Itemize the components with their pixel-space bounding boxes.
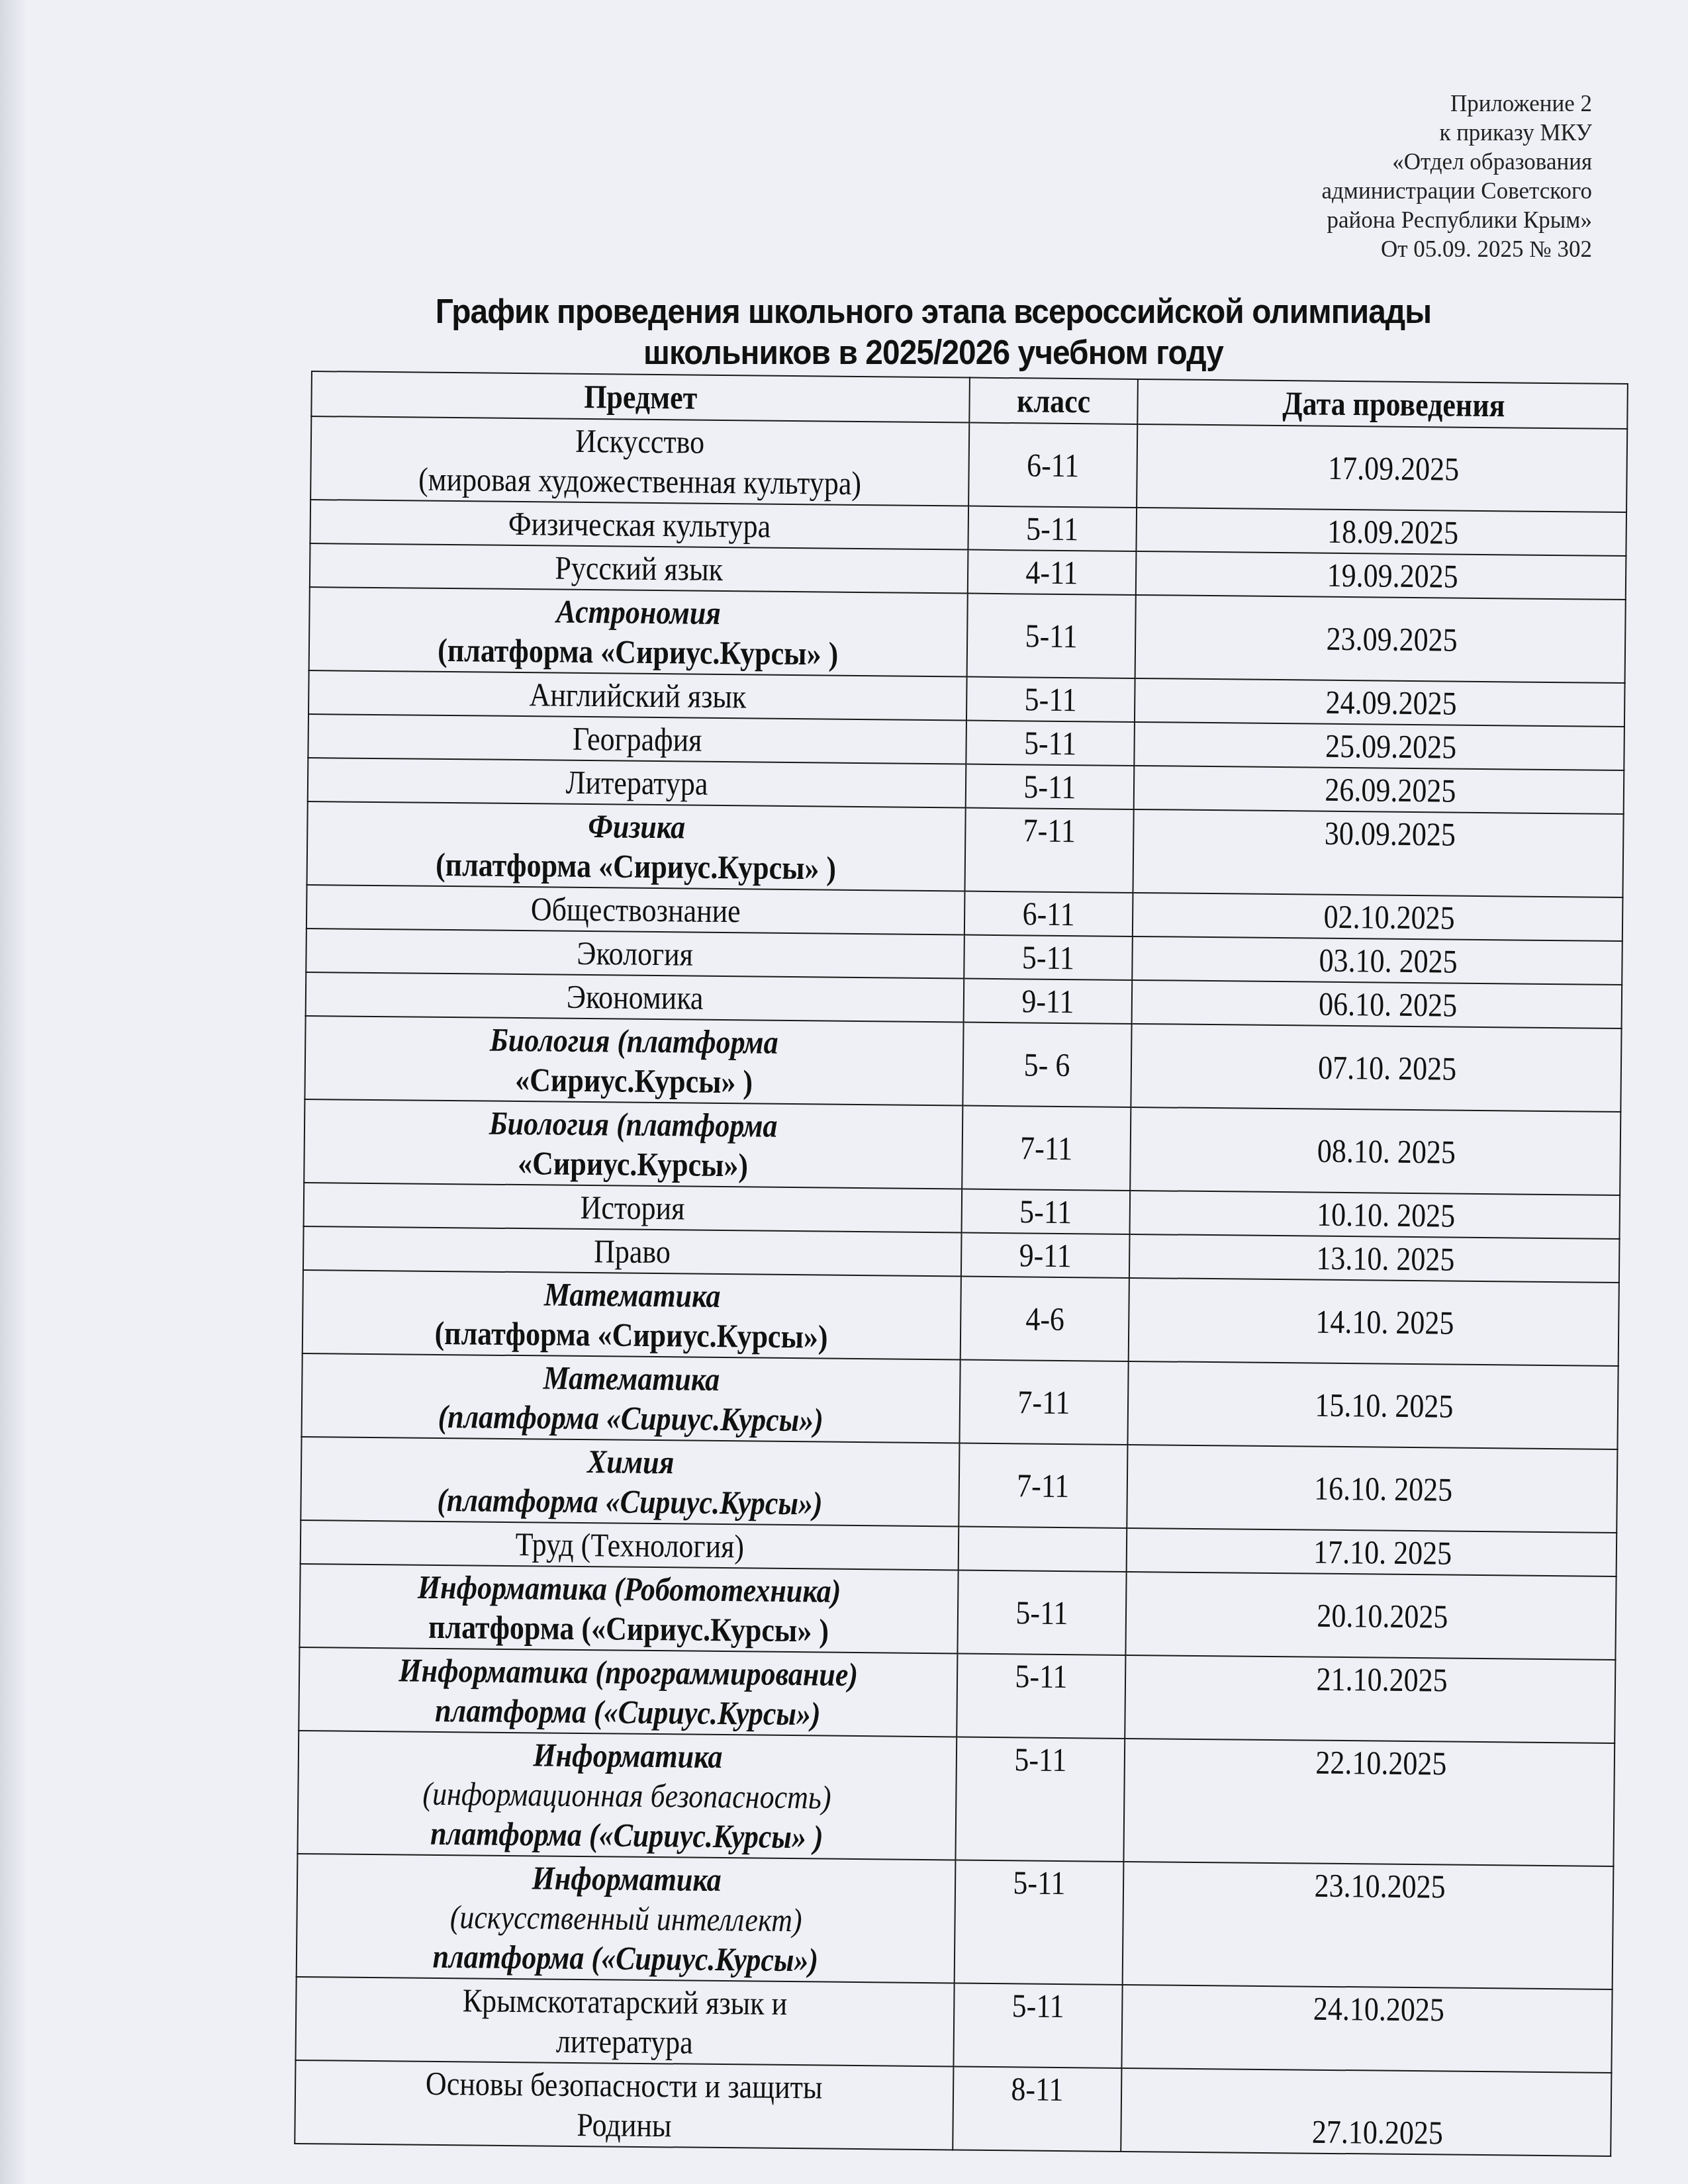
- subject-line: География: [573, 719, 702, 760]
- subject-cell: Физическая культура: [310, 500, 968, 550]
- subject-line: литература: [556, 2021, 693, 2062]
- date-cell: 15.10. 2025: [1127, 1361, 1618, 1449]
- subject-line: Биология (платформа: [489, 1103, 778, 1146]
- subject-cell: История: [304, 1183, 962, 1233]
- date-cell: 10.10. 2025: [1130, 1191, 1620, 1239]
- grade-cell: 9-11: [961, 1232, 1130, 1277]
- subject-cell: Крымскотатарский язык илитература: [295, 1977, 954, 2067]
- grade-value: 5-11: [1026, 508, 1079, 549]
- subject-line: Физика: [588, 806, 685, 846]
- grade-value: 8-11: [1011, 2069, 1064, 2109]
- date-cell: 17.10. 2025: [1127, 1528, 1617, 1576]
- grade-value: 7-11: [1020, 1128, 1073, 1168]
- grade-cell: 5-11: [966, 764, 1135, 809]
- subject-cell: Обществознание: [306, 885, 965, 935]
- date-cell: 23.10.2025: [1123, 1862, 1614, 1989]
- table-body: Искусство(мировая художественная культур…: [295, 416, 1627, 2156]
- subject-line: (мировая художественная культура): [418, 459, 862, 503]
- date-value: 20.10.2025: [1317, 1596, 1448, 1637]
- date-value: 19.09.2025: [1327, 555, 1458, 596]
- date-cell: 20.10.2025: [1125, 1572, 1616, 1660]
- subject-cell: Физика(платформа «Сириус.Курсы» ): [307, 801, 966, 891]
- grade-cell: 5-11: [955, 1860, 1124, 1984]
- subject-line: (искусственный интеллект): [449, 1897, 802, 1940]
- subject-line: Экономика: [566, 977, 703, 1018]
- date-cell: 23.09.2025: [1135, 595, 1626, 683]
- appendix-order-number: От 05.09. 2025 № 302: [1321, 235, 1592, 264]
- table-row: Информатика (программирование)платформа …: [299, 1647, 1615, 1743]
- date-cell: 13.10. 2025: [1129, 1234, 1620, 1283]
- grade-cell: 8-11: [953, 2066, 1121, 2151]
- subject-cell: Литература: [308, 758, 966, 808]
- grade-cell: 5-11: [967, 594, 1136, 678]
- grade-value: 7-11: [1023, 810, 1076, 850]
- grade-value: 5-11: [1015, 1592, 1068, 1633]
- date-cell: 27.10.2025: [1121, 2068, 1611, 2156]
- appendix-line: «Отдел образования: [1321, 148, 1592, 177]
- appendix-line: к приказу МКУ: [1321, 118, 1592, 148]
- date-value: 07.10. 2025: [1318, 1048, 1457, 1089]
- table-row: Биология (платформа«Сириус.Курсы» )5- 60…: [305, 1016, 1621, 1112]
- grade-value: 5-11: [1025, 615, 1078, 656]
- date-cell: 25.09.2025: [1134, 722, 1624, 770]
- title-line-1: График проведения школьного этапа всерос…: [367, 291, 1499, 332]
- date-cell: 26.09.2025: [1134, 766, 1624, 814]
- appendix-line: района Республики Крым»: [1321, 206, 1592, 235]
- subject-line: Математика: [543, 1357, 720, 1399]
- subject-line: (платформа «Сириус.Курсы» ): [436, 844, 837, 888]
- document-title: График проведения школьного этапа всерос…: [367, 291, 1499, 373]
- subject-cell: Информатика (программирование)платформа …: [299, 1647, 957, 1737]
- date-cell: 18.09.2025: [1136, 508, 1626, 556]
- column-header-grade: класс: [969, 378, 1138, 424]
- column-header-subject: Предмет: [311, 371, 970, 423]
- grade-cell: 5-11: [964, 935, 1133, 980]
- date-value: 22.10.2025: [1315, 1743, 1447, 1784]
- subject-line: (информационная безопасность): [423, 1774, 832, 1817]
- grade-cell: 5-11: [953, 1983, 1122, 2068]
- grade-cell: 7-11: [962, 1106, 1131, 1191]
- subject-line: Информатика (Робототехника): [417, 1567, 841, 1611]
- date-cell: 17.09.2025: [1137, 424, 1627, 512]
- grade-cell: 5-11: [968, 506, 1137, 551]
- column-header-date: Дата проведения: [1137, 379, 1628, 429]
- date-value: 17.10. 2025: [1313, 1532, 1452, 1573]
- grade-value: 5-11: [1022, 937, 1075, 978]
- scan-edge: [0, 0, 26, 2184]
- grade-value: 5-11: [1023, 766, 1076, 807]
- subject-line: Информатика (программирование): [399, 1650, 858, 1694]
- grade-cell: 7-11: [959, 1443, 1127, 1527]
- subject-cell: Экономика: [306, 972, 964, 1023]
- grade-cell: 7-11: [959, 1359, 1128, 1444]
- date-value: 13.10. 2025: [1316, 1238, 1455, 1279]
- subject-line: Информатика: [533, 1735, 723, 1776]
- grade-value: 6-11: [1027, 445, 1080, 485]
- subject-line: Математика: [543, 1274, 720, 1316]
- date-value: 15.10. 2025: [1315, 1385, 1454, 1426]
- date-value: 23.09.2025: [1326, 619, 1458, 660]
- date-value: 06.10. 2025: [1319, 984, 1458, 1025]
- table-row: Информатика (Робототехника)платформа («С…: [299, 1564, 1616, 1660]
- subject-cell: Биология (платформа«Сириус.Курсы»): [304, 1099, 962, 1189]
- subject-line: Биология (платформа: [490, 1020, 778, 1062]
- date-cell: 03.10. 2025: [1132, 936, 1622, 985]
- subject-line: платформа («Сириус.Курсы» ): [428, 1607, 829, 1651]
- subject-line: Труд (Технология): [515, 1524, 744, 1566]
- grade-cell: 5- 6: [962, 1023, 1131, 1107]
- date-cell: 02.10.2025: [1133, 893, 1623, 941]
- date-value: 02.10.2025: [1323, 897, 1455, 938]
- subject-line: платформа («Сириус.Курсы»): [435, 1690, 821, 1734]
- date-value: 08.10. 2025: [1317, 1131, 1456, 1172]
- table-row: Астрономия(платформа «Сириус.Курсы» )5-1…: [309, 587, 1626, 683]
- subject-line: платформа («Сириус.Курсы»): [433, 1936, 819, 1980]
- table-row: Химия(платформа «Сириус.Курсы»)7-1116.10…: [301, 1437, 1617, 1533]
- subject-cell: Право: [303, 1226, 962, 1277]
- subject-cell: Химия(платформа «Сириус.Курсы»): [301, 1437, 959, 1527]
- date-value: 10.10. 2025: [1317, 1195, 1456, 1236]
- date-value: 25.09.2025: [1325, 726, 1456, 767]
- date-value: 26.09.2025: [1325, 770, 1456, 811]
- date-cell: 08.10. 2025: [1130, 1107, 1620, 1195]
- table-row: Физика(платформа «Сириус.Курсы» )7-1130.…: [307, 801, 1624, 897]
- date-value: 24.10.2025: [1313, 1989, 1444, 2030]
- table-row: Математика(платформа «Сириус.Курсы»)4-61…: [303, 1270, 1619, 1366]
- grade-value: 5-11: [1024, 723, 1077, 763]
- date-value: 16.10. 2025: [1314, 1469, 1453, 1510]
- table-row: Искусство(мировая художественная культур…: [310, 416, 1627, 512]
- grade-value: 6-11: [1022, 893, 1075, 934]
- grade-value: 5-11: [1015, 1656, 1068, 1696]
- grade-cell: 6-11: [964, 891, 1133, 936]
- appendix-header: Приложение 2 к приказу МКУ «Отдел образо…: [1321, 89, 1592, 264]
- grade-value: 7-11: [1017, 1465, 1070, 1506]
- subject-line: Обществознание: [530, 889, 741, 931]
- grade-cell: [959, 1526, 1127, 1571]
- subject-cell: Математика(платформа «Сириус.Курсы»): [302, 1353, 961, 1443]
- table-row: Математика(платформа «Сириус.Курсы»)7-11…: [302, 1353, 1618, 1449]
- table-row: Крымскотатарский язык илитература5-1124.…: [295, 1977, 1612, 2073]
- subject-cell: Экология: [306, 929, 964, 979]
- table-row: Информатика(искусственный интеллект)плат…: [297, 1854, 1614, 1989]
- grade-value: 7-11: [1017, 1382, 1070, 1422]
- grade-value: 4-11: [1025, 552, 1078, 592]
- date-cell: 22.10.2025: [1123, 1739, 1615, 1866]
- grade-value: 5- 6: [1024, 1044, 1070, 1085]
- grade-value: 4-6: [1025, 1298, 1064, 1339]
- subject-cell: Искусство(мировая художественная культур…: [310, 416, 969, 506]
- grade-value: 5-11: [1019, 1191, 1072, 1232]
- date-cell: 21.10.2025: [1125, 1655, 1615, 1743]
- date-cell: 19.09.2025: [1136, 551, 1626, 600]
- subject-line: (платформа «Сириус.Курсы»): [435, 1313, 829, 1357]
- subject-cell: Математика(платформа «Сириус.Курсы»): [303, 1270, 961, 1360]
- grade-cell: 5-11: [962, 1189, 1131, 1234]
- subject-cell: Основы безопасности и защитыРодины: [295, 2060, 953, 2150]
- date-cell: 30.09.2025: [1133, 809, 1623, 897]
- subject-line: Родины: [577, 2105, 672, 2145]
- table-row: Основы безопасности и защитыРодины8-1127…: [295, 2060, 1611, 2156]
- subject-line: Основы безопасности и защиты: [426, 2064, 823, 2107]
- subject-line: Русский язык: [555, 548, 723, 589]
- subject-line: Литература: [565, 762, 708, 803]
- appendix-line: администрации Советского: [1321, 177, 1592, 206]
- subject-cell: Труд (Технология): [301, 1520, 959, 1570]
- subject-cell: Русский язык: [310, 543, 968, 594]
- grade-cell: 5-11: [966, 721, 1135, 766]
- olympiad-schedule-table: Предмет класс Дата проведения Искусство(…: [294, 371, 1628, 2157]
- grade-value: 9-11: [1019, 1235, 1072, 1275]
- date-cell: 14.10. 2025: [1129, 1278, 1619, 1366]
- subject-line: платформа («Сириус.Курсы» ): [430, 1813, 823, 1857]
- subject-line: Крымскотатарский язык и: [463, 1980, 788, 2023]
- subject-line: Английский язык: [529, 674, 746, 716]
- grade-cell: 6-11: [968, 423, 1137, 508]
- date-value: 30.09.2025: [1324, 813, 1456, 854]
- date-value: 23.10.2025: [1314, 1866, 1446, 1907]
- date-value: 21.10.2025: [1316, 1659, 1448, 1700]
- grade-value: 5-11: [1013, 1862, 1066, 1903]
- grade-cell: 7-11: [964, 808, 1133, 893]
- appendix-line: Приложение 2: [1321, 89, 1592, 118]
- subject-line: История: [581, 1187, 685, 1228]
- date-value: 03.10. 2025: [1319, 940, 1458, 981]
- grade-cell: 5-11: [957, 1570, 1126, 1655]
- subject-cell: Астрономия(платформа «Сириус.Курсы» ): [309, 587, 968, 677]
- date-cell: 07.10. 2025: [1131, 1024, 1621, 1112]
- subject-line: (платформа «Сириус.Курсы»): [437, 1480, 823, 1524]
- subject-line: Искусство: [575, 421, 704, 462]
- subject-cell: Информатика(искусственный интеллект)плат…: [297, 1854, 956, 1983]
- date-cell: 24.09.2025: [1135, 678, 1625, 727]
- grade-value: 9-11: [1021, 981, 1074, 1021]
- date-value: 14.10. 2025: [1315, 1302, 1454, 1343]
- subject-line: «Сириус.Курсы»): [518, 1143, 749, 1185]
- grade-cell: 5-11: [955, 1737, 1125, 1861]
- grade-cell: 9-11: [964, 979, 1133, 1024]
- table-row: Биология (платформа«Сириус.Курсы»)7-1108…: [304, 1099, 1620, 1195]
- date-cell: 06.10. 2025: [1132, 980, 1622, 1028]
- date-value: 24.09.2025: [1325, 682, 1457, 723]
- date-value: 27.10.2025: [1311, 2112, 1443, 2153]
- grade-value: 5-11: [1012, 1985, 1065, 2026]
- subject-cell: Информатика(информационная безопасность)…: [297, 1731, 957, 1860]
- subject-cell: География: [308, 714, 966, 764]
- subject-line: Информатика: [532, 1858, 722, 1899]
- subject-cell: Биология (платформа«Сириус.Курсы» ): [305, 1016, 963, 1106]
- grade-cell: 5-11: [957, 1653, 1125, 1738]
- subject-line: Физическая культура: [508, 504, 771, 546]
- grade-cell: 4-11: [968, 550, 1137, 595]
- grade-cell: 5-11: [966, 677, 1135, 722]
- title-line-2: школьников в 2025/2026 учебном году: [367, 332, 1499, 373]
- grade-cell: 4-6: [961, 1276, 1129, 1361]
- table-row: Информатика(информационная безопасность)…: [297, 1731, 1615, 1866]
- subject-line: Право: [594, 1231, 671, 1271]
- date-value: 18.09.2025: [1327, 512, 1458, 553]
- subject-line: «Сириус.Курсы» ): [515, 1060, 753, 1101]
- date-cell: 24.10.2025: [1121, 1985, 1612, 2073]
- subject-cell: Информатика (Робототехника)платформа («С…: [299, 1564, 958, 1654]
- subject-line: Астрономия: [556, 592, 721, 633]
- date-cell: 16.10. 2025: [1127, 1445, 1617, 1533]
- subject-line: (платформа «Сириус.Курсы»): [438, 1396, 823, 1440]
- subject-line: (платформа «Сириус.Курсы» ): [438, 630, 839, 674]
- grade-value: 5-11: [1024, 679, 1077, 719]
- subject-line: Химия: [586, 1441, 674, 1482]
- date-value: 17.09.2025: [1327, 448, 1459, 489]
- grade-value: 5-11: [1014, 1739, 1067, 1780]
- subject-cell: Английский язык: [308, 670, 967, 721]
- subject-line: Экология: [577, 933, 694, 974]
